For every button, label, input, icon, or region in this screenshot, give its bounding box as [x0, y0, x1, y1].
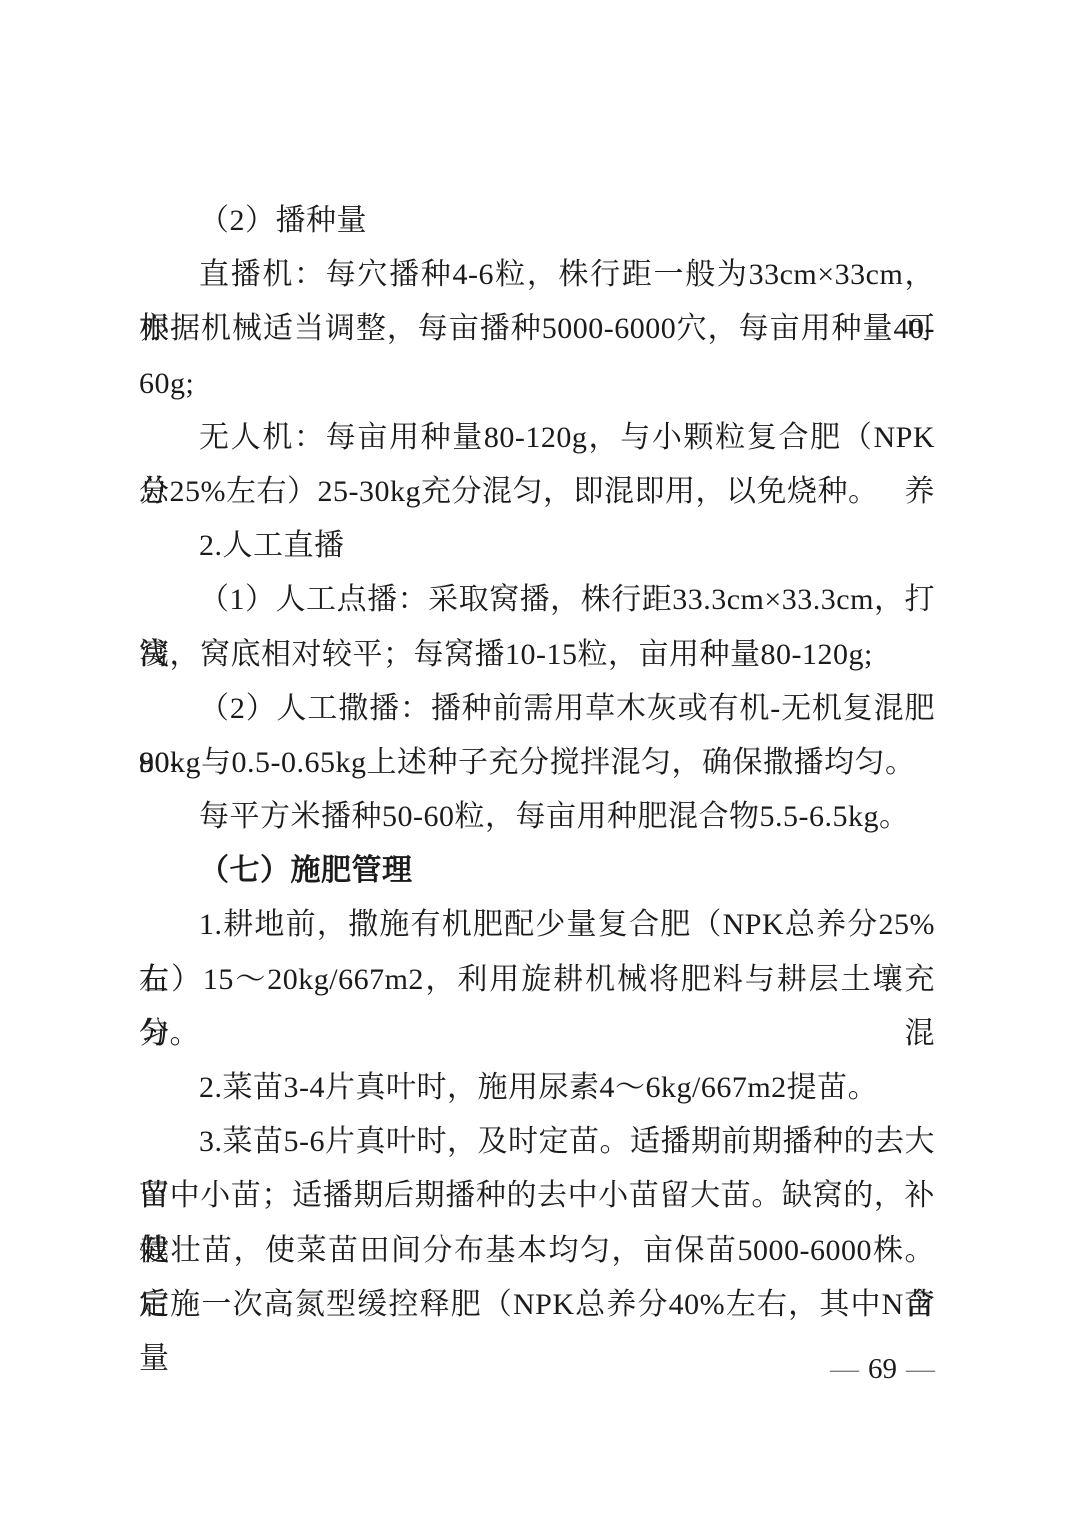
text-line: 后施一次高氮型缓控释肥（NPK总养分40%左右，其中N含量 [139, 1278, 935, 1332]
text-line: 2.菜苗3-4片真叶时，施用尿素4〜6kg/667m2提苗。 [139, 1061, 935, 1115]
heading-fertilization-management: （七）施肥管理 [139, 844, 935, 898]
text-line: 无人机：每亩用种量80-120g，与小颗粒复合肥（NPK总养 [139, 411, 935, 465]
para-fertilizer-3: 3.菜苗5-6片真叶时，及时定苗。适播期前期播种的去大苗留中小苗；适播期后期播种… [139, 1115, 935, 1332]
heading-seeding-rate: （2）播种量 [139, 194, 935, 248]
text-line: 健壮苗，使菜苗田间分布基本均匀，亩保苗5000-6000株。定苗 [139, 1224, 935, 1278]
page-footer: —69— [830, 1347, 935, 1391]
text-line: 60g; [139, 357, 935, 411]
para-fertilizer-2: 2.菜苗3-4片真叶时，施用尿素4〜6kg/667m2提苗。 [139, 1061, 935, 1115]
text-line: 直播机：每穴播种4-6粒，株行距一般为33cm×33cm，亦可 [139, 248, 935, 302]
para-manual-dibbling: （1）人工点播：采取窝播，株行距33.3cm×33.3cm，打浅窝，窝底相对较平… [139, 573, 935, 681]
document-page: （2）播种量直播机：每穴播种4-6粒，株行距一般为33cm×33cm，亦可根据机… [0, 0, 1074, 1520]
text-line: （2）人工撒播：播种前需用草木灰或有机-无机复混肥80- [139, 682, 935, 736]
document-body: （2）播种量直播机：每穴播种4-6粒，株行距一般为33cm×33cm，亦可根据机… [139, 194, 935, 1332]
para-direct-seeder: 直播机：每穴播种4-6粒，株行距一般为33cm×33cm，亦可根据机械适当调整，… [139, 248, 935, 411]
text-line: 每平方米播种50-60粒，每亩用种肥混合物5.5-6.5kg。 [139, 790, 935, 844]
text-line: 根据机械适当调整，每亩播种5000-6000穴，每亩用种量40- [139, 302, 935, 356]
text-line: 窝，窝底相对较平；每窝播10-15粒，亩用种量80-120g; [139, 628, 935, 682]
text-line: （七）施肥管理 [139, 844, 935, 898]
para-manual-broadcast: （2）人工撒播：播种前需用草木灰或有机-无机复混肥80-90kg与0.5-0.6… [139, 682, 935, 790]
text-line: 3.菜苗5-6片真叶时，及时定苗。适播期前期播种的去大苗 [139, 1115, 935, 1169]
para-fertilizer-1: 1.耕地前，撒施有机肥配少量复合肥（NPK总养分25%左右）15〜20kg/66… [139, 898, 935, 1061]
text-line: （1）人工点播：采取窝播，株行距33.3cm×33.3cm，打浅 [139, 573, 935, 627]
text-line: 留中小苗；适播期后期播种的去中小苗留大苗。缺窝的，补栽 [139, 1169, 935, 1223]
page-number: 69 [868, 1353, 897, 1385]
footer-dash-right: — [906, 1353, 935, 1385]
footer-dash-left: — [830, 1353, 859, 1385]
text-line: 分25%左右）25-30kg充分混匀，即混即用，以免烧种。 [139, 465, 935, 519]
text-line: （2）播种量 [139, 194, 935, 248]
text-line: 右）15〜20kg/667m2，利用旋耕机械将肥料与耕层土壤充分混 [139, 953, 935, 1007]
para-per-square-meter: 每平方米播种50-60粒，每亩用种肥混合物5.5-6.5kg。 [139, 790, 935, 844]
heading-manual-seeding: 2.人工直播 [139, 519, 935, 573]
text-line: 2.人工直播 [139, 519, 935, 573]
para-drone-seeding: 无人机：每亩用种量80-120g，与小颗粒复合肥（NPK总养分25%左右）25-… [139, 411, 935, 519]
text-line: 1.耕地前，撒施有机肥配少量复合肥（NPK总养分25%左 [139, 898, 935, 952]
text-line: 90kg与0.5-0.65kg上述种子充分搅拌混匀，确保撒播均匀。 [139, 736, 935, 790]
